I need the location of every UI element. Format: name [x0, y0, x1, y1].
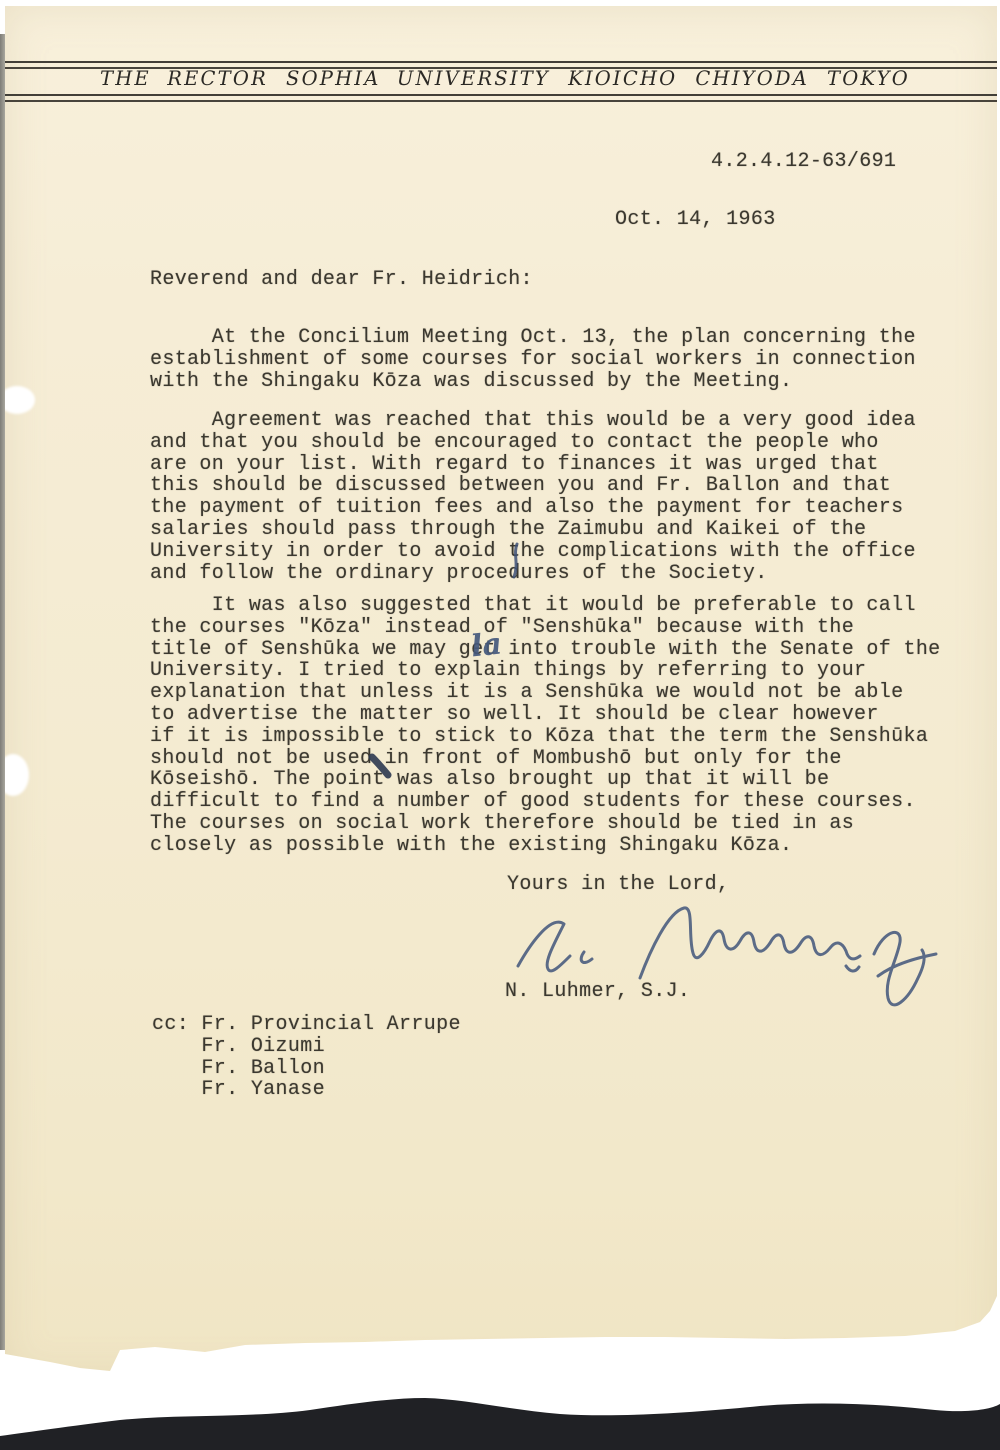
signer-typed-name: N. Luhmer, S.J.	[505, 981, 690, 1003]
body-paragraph-1: At the Concilium Meeting Oct. 13, the pl…	[150, 327, 916, 392]
letterhead-segment-rector: THE RECTOR	[100, 67, 268, 90]
reference-number: 4.2.4.12-63/691	[711, 151, 896, 173]
pen-mark-point-icon	[367, 752, 393, 780]
letterhead: THE RECTOR SOPHIA UNIVERSITY KIOICHO CHI…	[100, 67, 910, 90]
scanner-background	[0, 1386, 1000, 1450]
letterhead-segment-chiyoda: CHIYODA	[695, 67, 809, 90]
letterhead-segment-kioicho: KIOICHO	[568, 67, 677, 90]
handwritten-insert-ink: la	[469, 626, 503, 664]
letterhead-segment-tokyo: TOKYO	[827, 67, 910, 90]
pen-mark-procedures-icon	[509, 542, 523, 580]
paper-damage-spot	[0, 386, 35, 414]
scanned-letter: THE RECTOR SOPHIA UNIVERSITY KIOICHO CHI…	[0, 0, 1000, 1450]
letterhead-segment-university: SOPHIA UNIVERSITY	[286, 67, 550, 90]
salutation: Reverend and dear Fr. Heidrich:	[150, 269, 533, 291]
letterhead-rule-bottom	[5, 94, 997, 102]
closing-line: Yours in the Lord,	[507, 874, 729, 896]
date-line: Oct. 14, 1963	[615, 209, 776, 231]
letter-paper: THE RECTOR SOPHIA UNIVERSITY KIOICHO CHI…	[5, 6, 997, 1378]
scanner-edge-shadow	[0, 34, 5, 1350]
body-paragraph-2: Agreement was reached that this would be…	[150, 410, 916, 584]
signature-ink	[488, 896, 958, 1056]
cc-list: cc: Fr. Provincial Arrupe Fr. Oizumi Fr.…	[152, 1014, 461, 1101]
body-paragraph-3: It was also suggested that it would be p…	[150, 595, 941, 857]
